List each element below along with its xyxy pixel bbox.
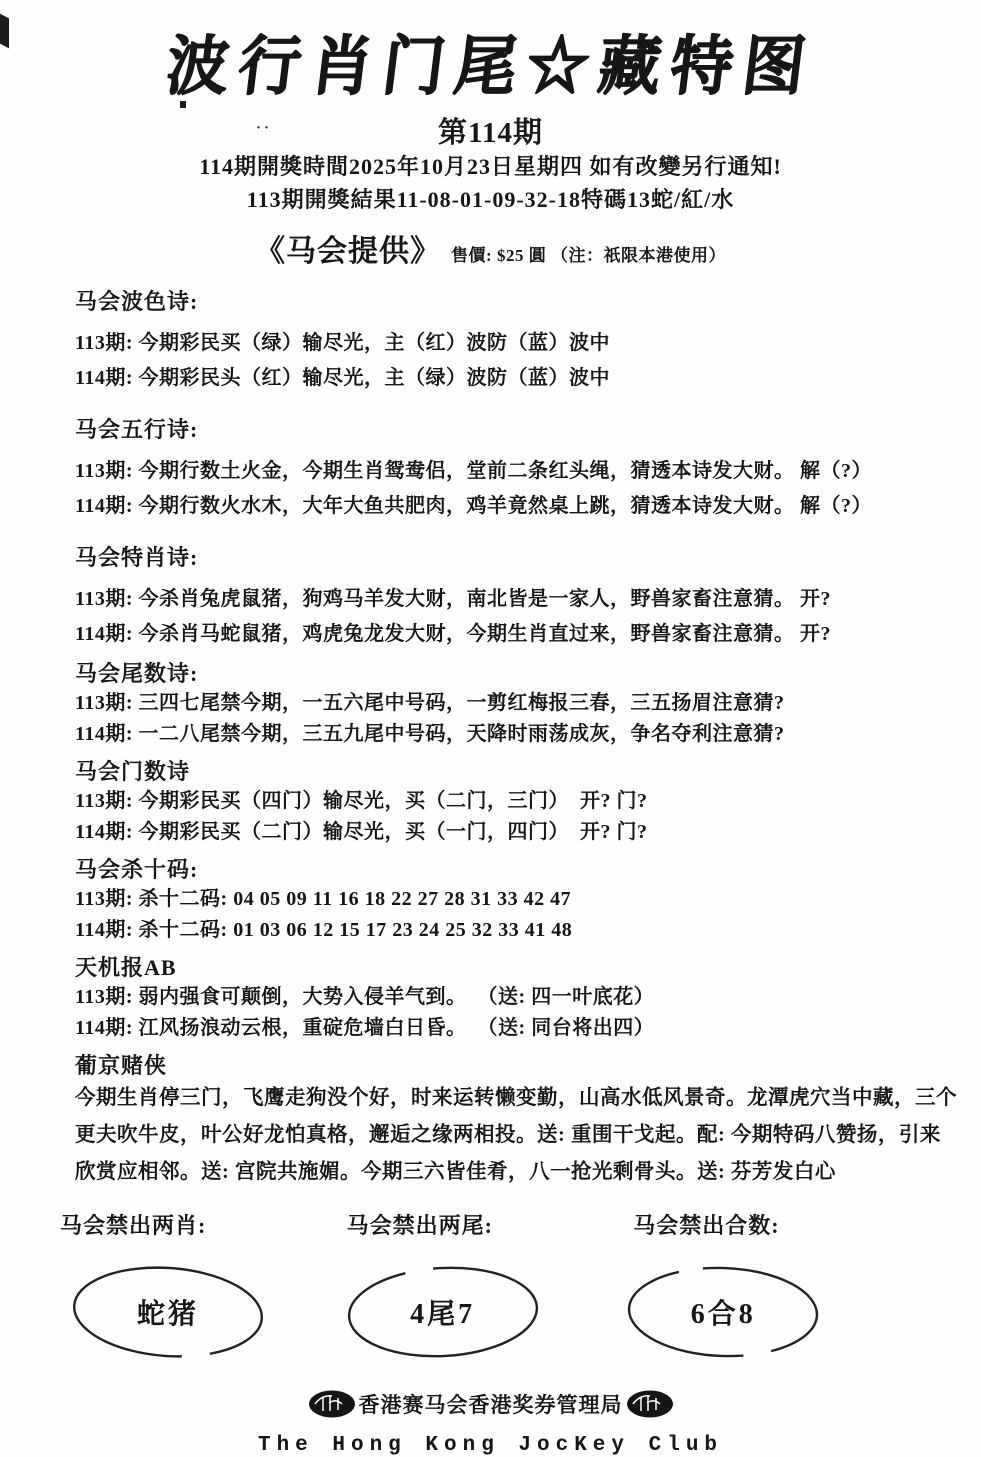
section-heading: 马会杀十码: (75, 856, 981, 884)
forbidden-label: 马会禁出两尾: (347, 1209, 634, 1240)
section-gate-number-poem: 马会门数诗 113期: 今期彩民买（四门）输尽光，买（二门，三门） 开? 门? … (75, 758, 981, 848)
org-name-cn: 香港赛马会香港奖券管理局 (359, 1389, 623, 1419)
page-title: 波行肖门尾☆藏特图 (0, 22, 981, 111)
poem-line-114: 114期: 今杀肖马蛇鼠猪，鸡虎兔龙发大财，今期生肖直过来，野兽家畜注意猜。 开… (75, 617, 981, 652)
jockey-club-logo-row: 香港赛马会香港奖券管理局 (0, 1388, 981, 1420)
gambler-paragraph-line: 今期生肖停三门，飞鹰走狗没个好，时来运转懒变勤，山高水低风景奇。龙潭虎穴当中藏，… (75, 1080, 981, 1117)
forbidden-value: 蛇猪 (68, 1262, 268, 1362)
forbidden-label: 马会禁出两肖: (60, 1209, 347, 1240)
last-result-line: 113期開獎結果11-08-01-09-32-18特碼13蛇/紅/水 (0, 183, 981, 216)
report-line-113: 113期: 弱内强食可颠倒，大势入侵羊气到。 （送: 四一叶底花） (75, 982, 981, 1013)
forbidden-row: 马会禁出两肖: 蛇猪 马会禁出两尾: 4尾7 马会禁出合数: (60, 1209, 920, 1362)
poem-line-114: 114期: 一二八尾禁今期，三五九尾中号码，天降时雨荡成灰，争名夺利注意猜? (75, 719, 981, 750)
hand-drawn-oval: 蛇猪 (68, 1262, 268, 1362)
section-heading: 马会特肖诗: (75, 544, 981, 572)
footer: 香港赛马会香港奖券管理局 The Hong Kong JocKey Club (0, 1388, 981, 1457)
section-heading: 天机报AB (75, 954, 981, 982)
report-line-114: 114期: 江风扬浪动云根，重碇危墙白日昏。 （送: 同台将出四） (75, 1013, 981, 1044)
draw-time-line: 114期開獎時間2025年10月23日星期四 如有改變另行通知! (0, 150, 981, 183)
poem-line-113: 113期: 今期彩民买（四门）输尽光，买（二门，三门） 开? 门? (75, 786, 981, 817)
section-five-elements-poem: 马会五行诗: 113期: 今期行数土火金，今期生肖鸳鸯侣，堂前二条红头绳，猜透本… (75, 416, 981, 524)
gambler-paragraph-line: 更夫吹牛皮，叶公好龙怕真格，邂逅之缘两相投。送: 重围干戈起。配: 今期特码八赞… (75, 1117, 981, 1154)
section-tail-number-poem: 马会尾数诗: 113期: 三四七尾禁今期，一五六尾中号码，一剪红梅报三春，三五扬… (75, 660, 981, 750)
kill-codes-114: 114期: 杀十二码: 01 03 06 12 15 17 23 24 25 3… (75, 915, 981, 946)
lottery-tip-sheet: ·· 波行肖门尾☆藏特图 第114期 114期開獎時間2025年10月23日星期… (0, 0, 981, 1457)
jockey-club-emblem-right-icon (625, 1388, 675, 1420)
gambler-paragraph-line: 欣赏应相邻。送: 宫院共施媚。今期三六皆佳肴，八一抢光剩骨头。送: 芬芳发白心 (75, 1154, 981, 1191)
price-note: 售價: $25 圓 （注：祇限本港使用） (451, 241, 726, 266)
scan-artifact-dots: ·· (256, 120, 272, 137)
forbidden-value: 6合8 (623, 1262, 823, 1362)
forbidden-value: 4尾7 (343, 1262, 543, 1362)
org-name-en: The Hong Kong JocKey Club (0, 1434, 981, 1457)
forbidden-sum-number: 马会禁出合数: 6合8 (633, 1209, 920, 1362)
section-kill-ten-codes: 马会杀十码: 113期: 杀十二码: 04 05 09 11 16 18 22 … (75, 856, 981, 946)
poem-line-113: 113期: 三四七尾禁今期，一五六尾中号码，一剪红梅报三春，三五扬眉注意猜? (75, 688, 981, 719)
poem-line-113: 113期: 今期行数土火金，今期生肖鸳鸯侣，堂前二条红头绳，猜透本诗发大财。 解… (75, 454, 981, 489)
section-heading: 马会五行诗: (75, 416, 981, 444)
hand-drawn-oval: 6合8 (623, 1262, 823, 1362)
provider-title: 《马会提供》 (255, 226, 441, 270)
section-heading: 马会尾数诗: (75, 660, 981, 688)
poem-line-114: 114期: 今期行数火水木，大年大鱼共肥肉，鸡羊竟然桌上跳，猜透本诗发大财。 解… (75, 489, 981, 524)
forbidden-label: 马会禁出合数: (633, 1209, 920, 1240)
section-wave-color-poem: 马会波色诗: 113期: 今期彩民买（绿）输尽光，主（红）波防（蓝）波中 114… (75, 288, 981, 396)
section-heading: 马会门数诗 (75, 758, 981, 786)
poem-line-113: 113期: 今杀肖兔虎鼠猪，狗鸡马羊发大财，南北皆是一家人，野兽家畜注意猜。 开… (75, 582, 981, 617)
poem-line-113: 113期: 今期彩民买（绿）输尽光，主（红）波防（蓝）波中 (75, 326, 981, 361)
forbidden-two-tails: 马会禁出两尾: 4尾7 (347, 1209, 634, 1362)
kill-codes-113: 113期: 杀十二码: 04 05 09 11 16 18 22 27 28 3… (75, 884, 981, 915)
section-tianji-report: 天机报AB 113期: 弱内强食可颠倒，大势入侵羊气到。 （送: 四一叶底花） … (75, 954, 981, 1044)
poem-line-114: 114期: 今期彩民买（二门）输尽光，买（一门，四门） 开? 门? (75, 817, 981, 848)
section-heading: 马会波色诗: (75, 288, 981, 316)
forbidden-two-zodiacs: 马会禁出两肖: 蛇猪 (60, 1209, 347, 1362)
hand-drawn-oval: 4尾7 (343, 1262, 543, 1362)
poem-line-114: 114期: 今期彩民头（红）输尽光，主（绿）波防（蓝）波中 (75, 361, 981, 396)
section-gambler-knight: 葡京赌侠 今期生肖停三门，飞鹰走狗没个好，时来运转懒变勤，山高水低风景奇。龙潭虎… (75, 1052, 981, 1191)
section-special-zodiac-poem: 马会特肖诗: 113期: 今杀肖兔虎鼠猪，狗鸡马羊发大财，南北皆是一家人，野兽家… (75, 544, 981, 652)
section-heading: 葡京赌侠 (75, 1052, 981, 1080)
issue-heading: 第114期 (0, 116, 981, 150)
jockey-club-emblem-left-icon (307, 1388, 357, 1420)
provider-row: 《马会提供》 售價: $25 圓 （注：祇限本港使用） (0, 226, 981, 268)
